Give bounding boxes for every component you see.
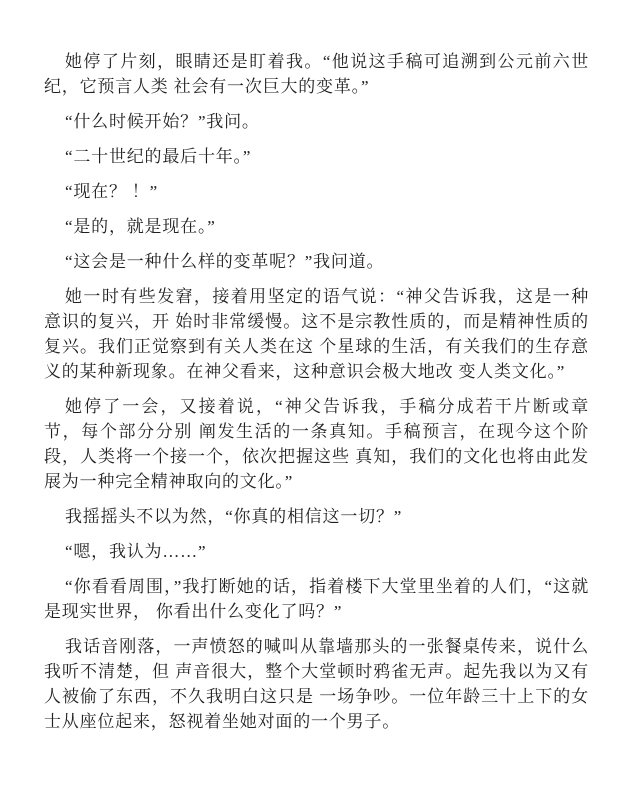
paragraph-7: 她一时有些发窘，接着用坚定的语气说：“神父告诉我，这是一种意识的复兴，开 始时非…	[44, 284, 589, 384]
paragraph-9: 我摇摇头不以为然，“你真的相信这一切？”	[44, 504, 589, 529]
paragraph-10: “嗯，我认为……”	[44, 539, 589, 564]
paragraph-5: “是的，就是现在。”	[44, 214, 589, 239]
paragraph-1: 她停了片刻，眼睛还是盯着我。“他说这手稿可追溯到公元前六世纪，它预言人类 社会有…	[44, 49, 589, 99]
paragraph-4: “现在？ ！”	[44, 179, 589, 204]
paragraph-6: “这会是一种什么样的变革呢？”我问道。	[44, 249, 589, 274]
paragraph-3: “二十世纪的最后十年。”	[44, 144, 589, 169]
paragraph-8: 她停了一会，又接着说，“神父告诉我，手稿分成若干片断或章节，每个部分分别 阐发生…	[44, 394, 589, 494]
paragraph-11: “你看看周围，”我打断她的话，指着楼下大堂里坐着的人们，“这就是现实世界， 你看…	[44, 574, 589, 624]
paragraph-12: 我话音刚落，一声愤怒的喊叫从靠墙那头的一张餐桌传来，说什么我听不清楚，但 声音很…	[44, 634, 589, 734]
paragraph-2: “什么时候开始？”我问。	[44, 109, 589, 134]
document-page: 她停了片刻，眼睛还是盯着我。“他说这手稿可追溯到公元前六世纪，它预言人类 社会有…	[0, 0, 631, 796]
